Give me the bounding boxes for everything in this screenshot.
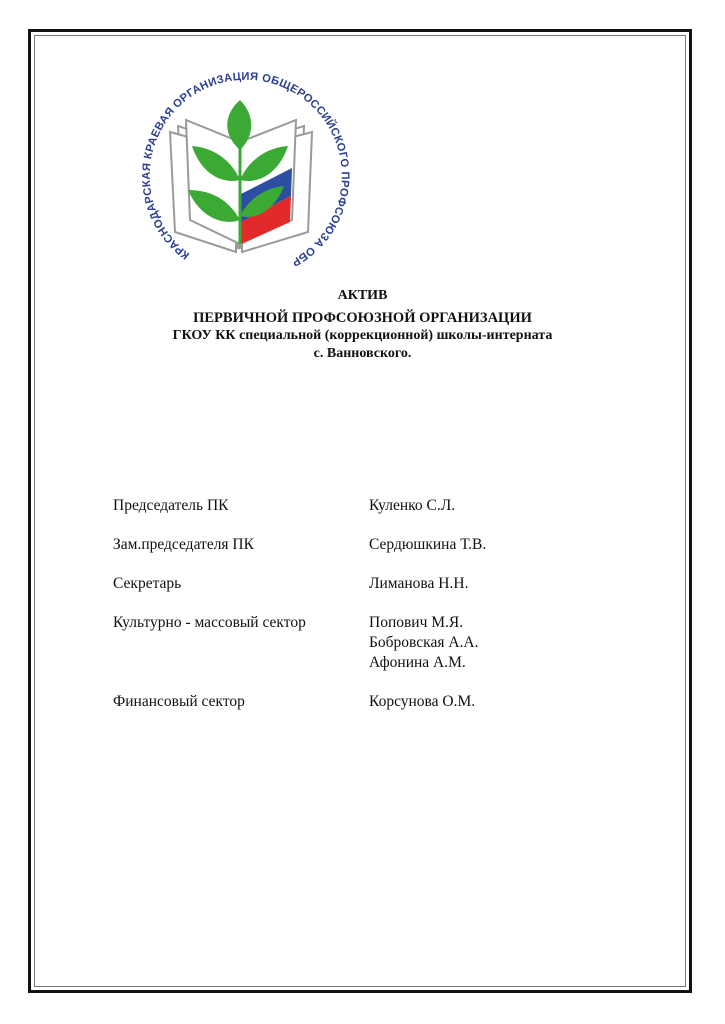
role-label: Зам.председателя ПК — [113, 535, 369, 555]
title-activ: АКТИВ — [0, 288, 725, 304]
roster-row: Секретарь Лиманова Н.Н. — [113, 574, 633, 594]
title-school: ГКОУ КК специальной (коррекционной) школ… — [0, 328, 725, 344]
roster-row: Председатель ПК Куленко С.Л. — [113, 496, 633, 516]
role-label: Финансовый сектор — [113, 692, 369, 712]
member-name: Корсунова О.М. — [369, 692, 633, 712]
roster-row: Финансовый сектор Корсунова О.М. — [113, 692, 633, 712]
role-label: Председатель ПК — [113, 496, 369, 516]
title-organization: ПЕРВИЧНОЙ ПРОФСОЮЗНОЙ ОРГАНИЗАЦИИ — [0, 310, 725, 327]
roster-row: Культурно - массовый сектор Попович М.Я.… — [113, 613, 633, 673]
roster-row: Зам.председателя ПК Сердюшкина Т.В. — [113, 535, 633, 555]
member-name: Куленко С.Л. — [369, 496, 633, 516]
member-name: Бобровская А.А. — [369, 633, 633, 653]
title-village: с. Ванновского. — [0, 346, 725, 362]
member-name: Попович М.Я. — [369, 613, 633, 633]
member-name: Афонина А.М. — [369, 653, 633, 673]
roster-list: Председатель ПК Куленко С.Л. Зам.председ… — [113, 496, 633, 731]
member-name: Сердюшкина Т.В. — [369, 535, 633, 555]
role-label: Культурно - массовый сектор — [113, 613, 369, 673]
member-name: Лиманова Н.Н. — [369, 574, 633, 594]
union-logo: КРАСНОДАРСКАЯ КРАЕВАЯ ОРГАНИЗАЦИЯ ОБЩЕРО… — [128, 66, 358, 278]
role-label: Секретарь — [113, 574, 369, 594]
